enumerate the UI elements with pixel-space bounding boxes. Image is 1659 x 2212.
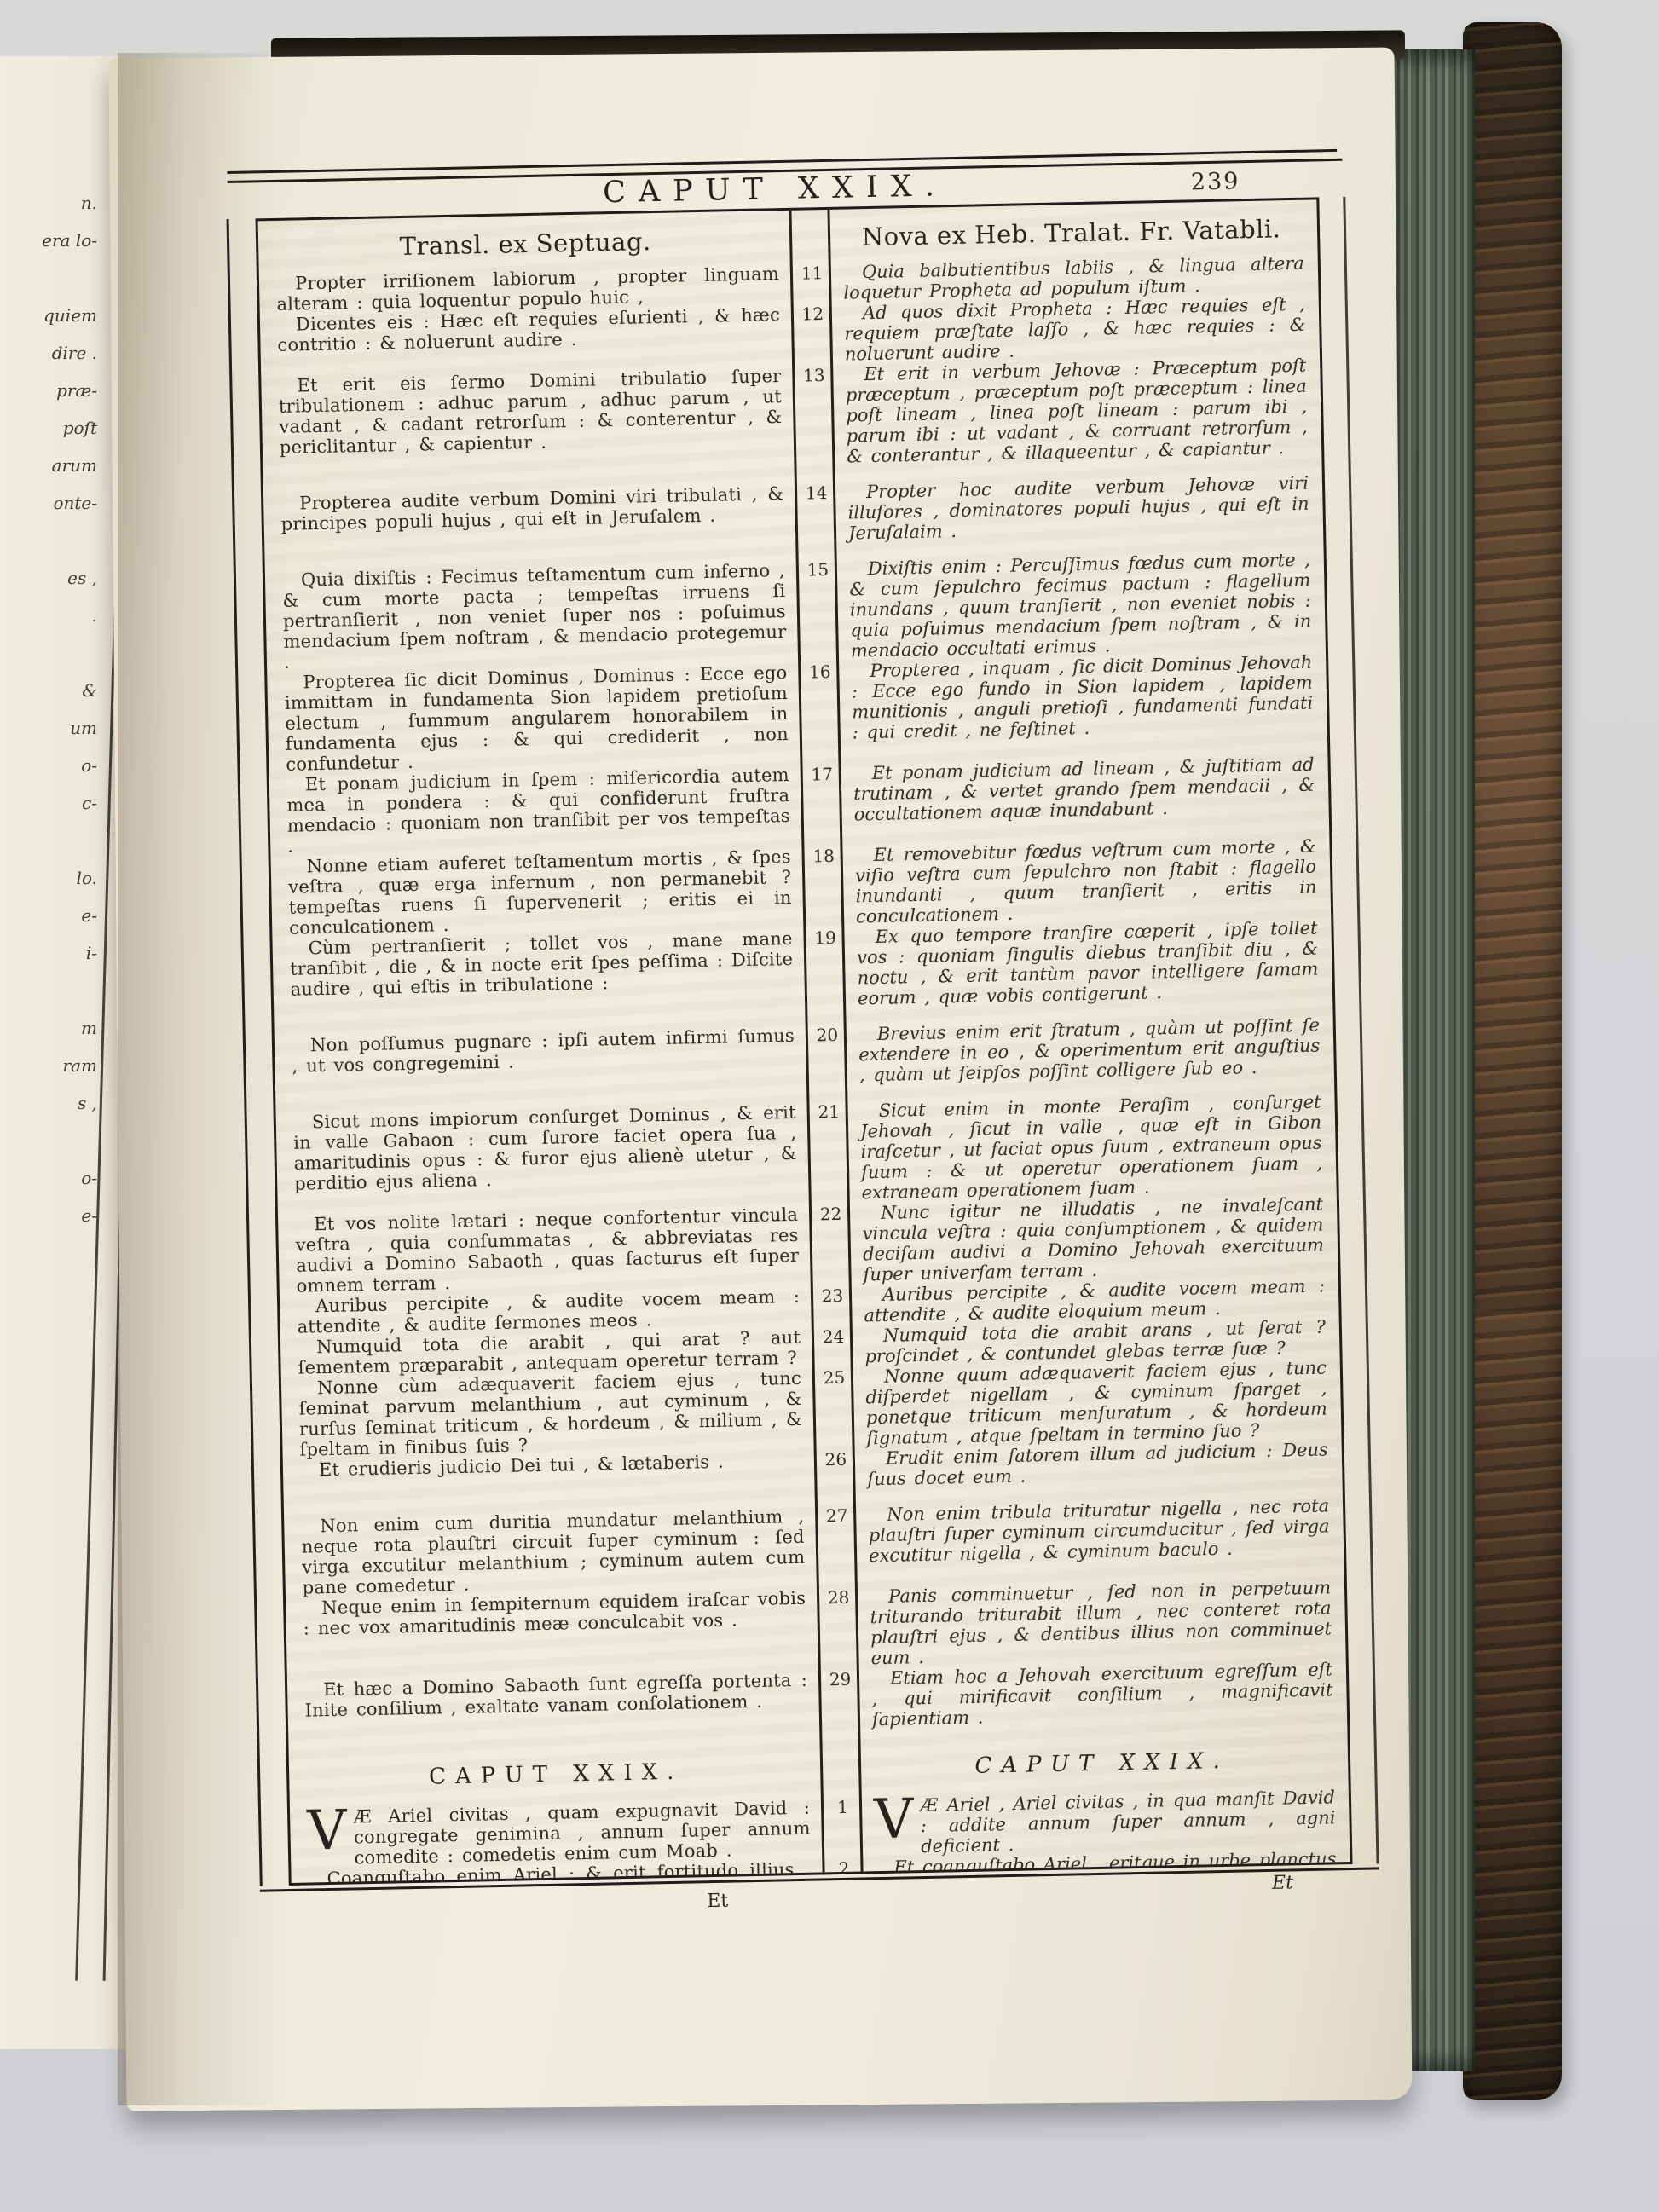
verse-text-left: Propterea ſic dicit Dominus , Dominus : … <box>267 662 802 776</box>
drop-cap: V <box>874 1798 914 1841</box>
chapter-heading-right: CAPUT XXIX. <box>861 1746 1343 1781</box>
frame-rule-right-outer <box>1343 197 1379 1864</box>
verse-text-right: Erudit enim ſatorem illum ad judicium : … <box>855 1439 1338 1489</box>
verse-number: 26 <box>817 1449 855 1470</box>
verse-text-right: Et removebitur fœdus veſtrum cum morte ,… <box>842 835 1326 927</box>
verse-text-right: Brevius enim erit ſtratum , quàm ut poſſ… <box>847 1014 1329 1085</box>
verse-number: 14 <box>797 482 835 504</box>
verse-number: 21 <box>809 1101 847 1123</box>
verse-number: 20 <box>808 1025 847 1046</box>
verse-text-right: Propterea , inquam , ſic dicit Dominus J… <box>839 651 1322 742</box>
verse-number: 18 <box>804 846 842 867</box>
verse-text-right: Et ponam judicium ad lineam , & juſtitia… <box>841 754 1323 824</box>
verse-text-left: Et erit eis ſermo Domini tribulatio ſupe… <box>261 366 796 459</box>
verse-row: Propterea audite verbum Domini viri trib… <box>263 472 1323 555</box>
verse-text-right: Ex quo tempore tranſire cœperit , ipſe t… <box>844 917 1327 1008</box>
verse-text-left: Non poſſumus pugnare : ipſi autem infirm… <box>275 1025 809 1077</box>
verse-text-right: Etiam hoc a Jehovah exercituum egreſſum … <box>859 1659 1342 1730</box>
book-photo: { "page": { "running_header": "CAPUT XXI… <box>0 0 1659 2212</box>
verse-number: 11 <box>793 263 831 284</box>
verse-text-right: Panis comminuetur , ſed non in perpetuum… <box>858 1577 1341 1668</box>
page-number: 239 <box>1191 168 1269 196</box>
verse-number: 25 <box>815 1367 853 1389</box>
verse-number: 16 <box>801 661 839 683</box>
text-frame: Transl. ex Septuag. Nova ex Heb. Tralat.… <box>256 197 1353 1886</box>
verse-number: 29 <box>821 1669 859 1690</box>
verse-text-left: Propterea audite verbum Domini viri trib… <box>263 483 798 535</box>
chapter-heading-left: CAPUT XXIX. <box>289 1756 823 1793</box>
verse-text-right: Sicut enim in monte Peraſim , conſurget … <box>847 1091 1331 1203</box>
verse-text-left: Nonne cùm adæquaverit faciem ejus , tunc… <box>281 1368 817 1461</box>
verse-number: 13 <box>795 365 833 386</box>
verse-number: 28 <box>819 1587 858 1608</box>
column-header-septuagint: Transl. ex Septuag. <box>258 224 793 264</box>
verse-number: 23 <box>813 1285 852 1307</box>
verse-text-right: Dixiſtis enim : Percuſſimus fœdus cum mo… <box>837 549 1321 661</box>
verse-text-left: Nonne etiam auferet teſtamentum mortis ,… <box>271 846 806 939</box>
verse-text-right: Et erit in verbum Jehovæ : Præceptum poſ… <box>833 355 1316 467</box>
verse-text-left: Sicut mons impiorum conſurget Dominus , … <box>276 1102 812 1195</box>
verse-text-right: Ad quos dixit Propheta : Hæc requies eſt… <box>832 294 1315 365</box>
verse-text-right: Non enim tribula trituratur nigella , ne… <box>856 1495 1338 1566</box>
column-header-vatablus: Nova ex Heb. Tralat. Fr. Vatabli. <box>830 214 1313 252</box>
catchword-right: Et <box>1157 1872 1293 1896</box>
verse-text-left: Quia dixiſtis : Fecimus teſtamentum cum … <box>265 560 801 673</box>
verse-text-left: Et ponam judicium in ſpem : miſericordia… <box>269 765 805 858</box>
heading-gutter-spacer <box>823 1756 862 1782</box>
verse-text-right: Propter hoc audite verbum Jehovæ viri il… <box>835 472 1318 543</box>
header-gutter-spacer <box>792 238 830 239</box>
chapter-heading-row: CAPUT XXIX. CAPUT XXIX. <box>289 1746 1348 1793</box>
verse-number: 22 <box>812 1204 850 1225</box>
verse-number: 27 <box>818 1505 856 1527</box>
verse-text-left: Cùm pertranſierit ; tollet vos , mane ma… <box>272 928 806 1001</box>
verse-row: Non poſſumus pugnare : ipſi autem infirm… <box>275 1014 1334 1097</box>
frame-rule-left-outer <box>227 219 263 1886</box>
verse-text-right: VÆ Ariel , Ariel civitas , in qua manſit… <box>862 1787 1344 1857</box>
verse-number: 24 <box>814 1326 853 1348</box>
drop-cap: V <box>307 1810 347 1853</box>
verse-number: 15 <box>799 559 837 580</box>
verse-text-left: Non enim cum duritia mundatur melanthium… <box>284 1505 819 1598</box>
verse-rows: Propter irriſionem labiorum , propter li… <box>259 252 1347 1741</box>
verse-text-left: VÆ Ariel civitas , quam expugnavit David… <box>290 1797 824 1869</box>
verse-number: 12 <box>794 303 832 325</box>
verse-number: 1 <box>824 1797 862 1818</box>
verse-text-right: Nonne quum adæquaverit faciem ejus , tun… <box>853 1357 1337 1448</box>
verse-number: 17 <box>803 764 841 785</box>
printed-area: CAPUT XXIX. 239 Transl. ex Septuag. Nova… <box>0 0 1659 2212</box>
verse-text-right: Nunc igitur ne illudatis , ne invaleſcan… <box>850 1193 1333 1285</box>
catchword-left: Et <box>592 1891 728 1915</box>
verse-number: 2 <box>824 1857 863 1879</box>
verse-text-left: Et vos nolite lætari : neque confortentu… <box>278 1204 813 1297</box>
verse-number: 19 <box>806 927 844 949</box>
